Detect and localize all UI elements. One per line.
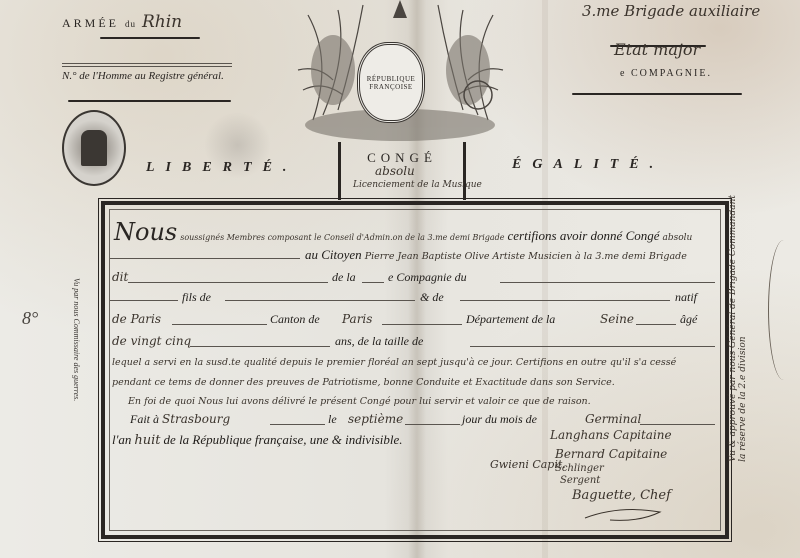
deliverance-statement: En foi de quoi Nous lui avons délivré le… [128,396,591,407]
service-statement: lequel a servi en la susd.te qualité dep… [112,357,676,368]
approval-line-1: Vu & approuvé par nous Général de Brigad… [728,195,738,462]
armee-du: du [125,19,136,29]
fill-line [405,424,460,425]
fait-label: Fait à [130,412,159,426]
armee-value: Rhin [142,12,182,32]
etat-major-value: Etat major [614,40,700,59]
brigade-value: 3.me Brigade auxiliaire [582,2,760,20]
fill-line [640,424,715,425]
emblem-text-1: RÉPUBLIQUE [367,75,416,83]
cert-line-3: dit [112,270,128,285]
divider [68,100,231,102]
cert-line-4-et: & de [420,290,444,305]
cert-line-2: au Citoyen Pierre Jean Baptiste Olive Ar… [305,247,687,263]
seal-figure [81,130,107,166]
age-label: âgé [680,312,697,327]
taille-label: ans, de la taille de [335,334,423,349]
approval-note: Vu & approuvé par nous Général de Brigad… [728,195,748,462]
compagnie-label: e COMPAGNIE. [620,68,712,79]
armee-label: ARMÉE [62,16,119,30]
divider [62,63,232,64]
commissaire-note: Vu par nous Commissaire des guerres. [72,278,81,401]
emblem-text-2: FRANÇOISE [369,83,412,91]
approval-line-2: la réserve de la 2.e division [738,336,748,461]
cert-line-3-mid: de la [332,270,356,285]
fill-line [172,324,267,325]
cert-line-2-hand: Pierre Jean Baptiste Olive Artiste Music… [365,251,687,262]
cert-line-1: Nous soussignés Membres composant le Con… [114,218,692,246]
fill-line [460,300,670,301]
emblem-cartouche: RÉPUBLIQUE FRANÇOISE [357,42,425,123]
mois-label: jour du mois de [462,412,537,427]
canton-value: Paris [342,312,372,326]
signature-bernard: Bernard Capitaine [555,447,667,461]
fill-line [500,282,715,283]
fill-line [110,258,300,259]
cert-line-5: de Paris [112,312,161,327]
cert-line-1-hand: soussignés Membres composant le Conseil … [180,233,504,242]
conge-note: Licenciement de la Musique [353,180,482,190]
an-label: l'an [112,432,131,447]
fill-line [470,346,715,347]
divider [572,93,742,95]
day-value: septième [348,412,403,426]
motto-egalite: ÉGALITÉ. [512,157,664,173]
signature-langhans: Langhans Capitaine [550,428,672,442]
departement-value: Seine [600,312,634,326]
departement-label: Département de la [466,312,555,327]
signature-schlinger: Schlinger [555,463,604,474]
cert-line-3-end: e Compagnie du [388,270,467,285]
fill-line [382,324,462,325]
fill-line [110,300,178,301]
cert-line-4-natif: natif [675,290,697,305]
month-value: Germinal [585,412,641,426]
canton-label: Canton de [270,312,320,327]
cert-line-4-fils: fils de [182,290,211,305]
year-value: huit [134,433,160,448]
age-value: de vingt cinq [112,334,191,348]
place-value: Strasbourg [162,412,230,426]
brigade-seal-icon [62,110,126,186]
general-signature-icon [768,240,799,380]
fill-line [225,300,415,301]
fill-line [128,282,328,283]
fill-line [270,424,325,425]
registre-label: N.° de l'Homme au Registre général. [62,70,224,82]
fill-line [362,282,384,283]
cert-line-1-print: certifions avoir donné Congé [508,228,660,243]
margin-mark: 8° [22,308,38,329]
signature-flourish-icon [580,500,680,525]
cert-line-10: Fait à Strasbourg [130,412,230,427]
cert-line-3-hand: dit [112,270,128,284]
nous-word: Nous [114,218,177,246]
cert-line-2-print: au Citoyen [305,247,362,262]
fill-line [190,346,330,347]
conge-type: absolu [375,164,415,178]
le-label: le [328,412,337,427]
cert-line-11: l'an huit de la République française, un… [112,432,403,448]
armee-heading: ARMÉE du Rhin [62,12,182,32]
fill-line [636,324,676,325]
signature-sergent: Sergent [560,475,600,486]
natif-lieu: de Paris [112,312,161,326]
divider [62,66,232,67]
cert-line-1-hand-end: absolu [663,233,693,243]
republique-text: de la République française, une & indivi… [164,432,403,447]
divider [100,37,200,39]
conduct-statement: pendant ce tems de donner des preuves de… [112,377,615,388]
motto-liberte: LIBERTÉ. [146,160,297,176]
